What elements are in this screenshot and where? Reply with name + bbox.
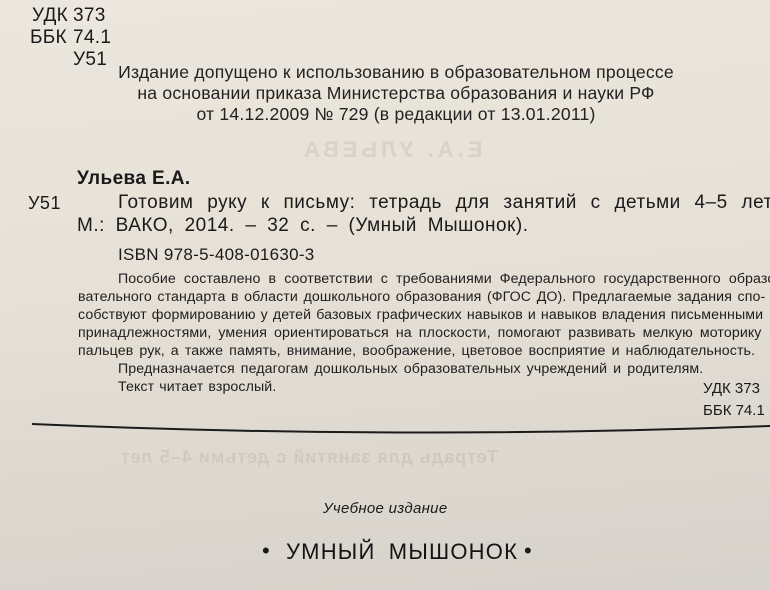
series-title: УМНЫЙ МЫШОНОК xyxy=(286,539,518,565)
annotation-line: пальцев рук, а также память, внимание, в… xyxy=(78,342,754,360)
udk-label: УДК xyxy=(32,5,68,27)
annotation: Пособие составлено в соответствии с треб… xyxy=(118,270,754,396)
annotation-line: Пособие составлено в соответствии с треб… xyxy=(118,270,754,288)
annotation-audience: Предназначается педагогам дошкольных обр… xyxy=(118,360,754,378)
bbk-value: 74.1 xyxy=(73,27,111,49)
author-mark-top: У51 xyxy=(73,49,107,71)
title-line-1: Готовим руку к письму: тетрадь для занят… xyxy=(118,192,770,214)
title-line-2: М.: ВАКО, 2014. – 32 с. – (Умный Мышонок… xyxy=(77,215,528,237)
approval-statement: Издание допущено к использованию в образ… xyxy=(110,62,682,125)
approval-line: от 14.12.2009 № 729 (в редакции от 13.01… xyxy=(110,104,682,125)
approval-line: Издание допущено к использованию в образ… xyxy=(110,62,682,83)
bleed-through-bottom: Тетрадь для занятий с детьми 4–5 лет xyxy=(120,447,498,468)
bottom-bbk: ББК 74.1 xyxy=(703,402,765,419)
approval-line: на основании приказа Министерства образо… xyxy=(110,83,682,104)
annotation-reader-note: Текст читает взрослый. xyxy=(118,378,754,396)
horizontal-rule xyxy=(0,418,770,448)
author-name: Ульева Е.А. xyxy=(77,168,191,190)
annotation-line: принадлежностями, умения ориентироваться… xyxy=(78,324,754,342)
annotation-line: вательного стандарта в области дошкольно… xyxy=(78,288,754,306)
author-mark: У51 xyxy=(28,193,61,214)
bbk-label: ББК xyxy=(30,27,67,49)
bottom-udk: УДК 373 xyxy=(703,380,760,397)
edition-type: Учебное издание xyxy=(323,500,447,517)
bleed-through-top: Е.А. УЛЬЕВА xyxy=(300,137,482,163)
annotation-line: собствуют формированию у детей базовых г… xyxy=(78,306,754,324)
isbn: ISBN 978-5-408-01630-3 xyxy=(118,245,315,265)
bullet-right: • xyxy=(524,538,532,564)
udk-value: 373 xyxy=(73,5,106,27)
bullet-left: • xyxy=(262,538,270,564)
